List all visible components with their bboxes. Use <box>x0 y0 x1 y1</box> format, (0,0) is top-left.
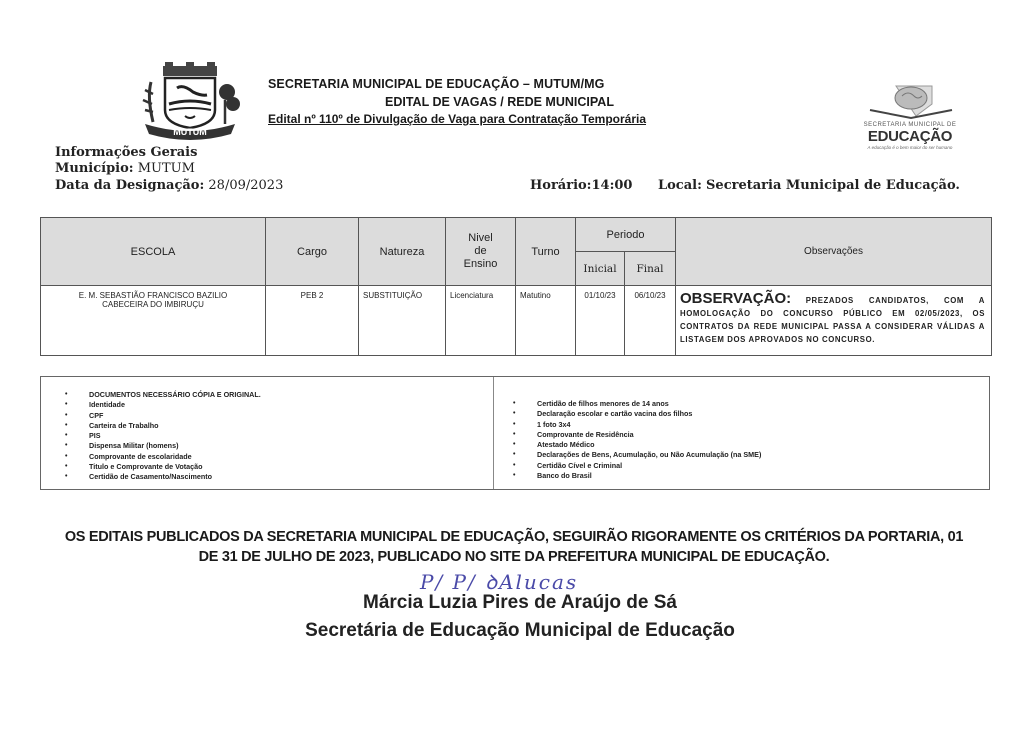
info-horario: Horário:14:00 <box>530 178 632 193</box>
info-data-designacao: Data da Designação: 28/09/2023 <box>55 178 283 193</box>
horario-label: Horário: <box>530 178 591 193</box>
signer-role: Secretária de Educação Municipal de Educ… <box>270 620 770 642</box>
info-section-title-text: Informações Gerais <box>55 145 197 160</box>
col-header-final: Final <box>625 252 676 286</box>
cell-cargo: PEB 2 <box>266 286 359 356</box>
local-value: Secretaria Municipal de Educação. <box>706 178 960 193</box>
cell-final: 06/10/23 <box>625 286 676 356</box>
document-list-item: Declarações de Bens, Acumulação, ou Não … <box>511 450 761 460</box>
document-list-item: 1 foto 3x4 <box>511 420 761 430</box>
logo-tagline: A educação é o bem maior do ser humano <box>856 145 964 150</box>
vacancy-table: ESCOLA Cargo Natureza Nivel de Ensino Tu… <box>40 217 992 356</box>
info-local: Local: Secretaria Municipal de Educação. <box>658 178 960 193</box>
publication-notice: OS EDITAIS PUBLICADOS DA SECRETARIA MUNI… <box>40 527 988 567</box>
documents-list-left: DOCUMENTOS NECESSÁRIO CÓPIA E ORIGINAL.I… <box>63 390 261 483</box>
education-department-logo: SECRETARIA MUNICIPAL DE EDUCAÇÃO A educa… <box>856 82 966 152</box>
col-header-nivel-ensino: Nivel de Ensino <box>446 218 516 286</box>
col-header-natureza: Natureza <box>359 218 446 286</box>
info-section-title: Informações Gerais <box>55 145 197 160</box>
document-list-item: Certidão Cível e Criminal <box>511 461 761 471</box>
cell-nivel: Licenciatura <box>446 286 516 356</box>
document-list-item: Declaração escolar e cartão vacina dos f… <box>511 409 761 419</box>
col-header-observacoes: Observações <box>676 218 992 286</box>
table-row: E. M. SEBASTIÃO FRANCISCO BAZILIO CABECE… <box>41 286 992 356</box>
cell-escola: E. M. SEBASTIÃO FRANCISCO BAZILIO CABECE… <box>41 286 266 356</box>
nivel-line-3: Ensino <box>464 258 498 270</box>
required-documents-box: DOCUMENTOS NECESSÁRIO CÓPIA E ORIGINAL.I… <box>40 376 990 490</box>
document-list-item: Comprovante de escolaridade <box>63 452 261 462</box>
escola-line-1: E. M. SEBASTIÃO FRANCISCO BAZILIO <box>41 291 265 300</box>
documents-list-right: Certidão de filhos menores de 14 anosDec… <box>511 399 761 481</box>
notice-line-1: OS EDITAIS PUBLICADOS DA SECRETARIA MUNI… <box>40 527 988 547</box>
handwritten-signature: P/ P/ ꝺAlucas <box>420 568 578 595</box>
header-edital-subtitle: Edital nº 110º de Divulgação de Vaga par… <box>268 112 646 126</box>
document-list-item: CPF <box>63 411 261 421</box>
header-secretaria-title: SECRETARIA MUNICIPAL DE EDUCAÇÃO – MUTUM… <box>268 77 604 91</box>
col-header-inicial: Inicial <box>576 252 625 286</box>
cell-natureza: SUBSTITUIÇÃO <box>359 286 446 356</box>
municipio-value: MUTUM <box>138 161 195 176</box>
document-list-item: Titulo e Comprovante de Votação <box>63 462 261 472</box>
nivel-line-1: Nivel <box>468 232 492 244</box>
municipal-crest-logo: MUTUM <box>135 62 245 142</box>
cell-inicial: 01/10/23 <box>576 286 625 356</box>
col-header-cargo: Cargo <box>266 218 359 286</box>
data-label: Data da Designação: <box>55 178 204 193</box>
data-value: 28/09/2023 <box>208 178 283 193</box>
municipio-label: Município: <box>55 161 134 176</box>
svg-text:MUTUM: MUTUM <box>173 127 207 137</box>
escola-line-2: CABECEIRA DO IMBIRUÇU <box>41 300 265 309</box>
header-edital-title: EDITAL DE VAGAS / REDE MUNICIPAL <box>385 95 614 109</box>
document-list-item: Banco do Brasil <box>511 471 761 481</box>
document-list-item: Carteira de Trabalho <box>63 421 261 431</box>
document-list-item: Comprovante de Residência <box>511 430 761 440</box>
cell-turno: Matutino <box>516 286 576 356</box>
horario-value: 14:00 <box>591 178 632 193</box>
info-municipio: Município: MUTUM <box>55 161 195 176</box>
col-header-escola: ESCOLA <box>41 218 266 286</box>
document-list-item: Identidade <box>63 400 261 410</box>
col-header-turno: Turno <box>516 218 576 286</box>
document-list-item: Certidão de filhos menores de 14 anos <box>511 399 761 409</box>
document-list-item: Atestado Médico <box>511 440 761 450</box>
col-header-periodo: Periodo <box>576 218 676 252</box>
document-list-item: DOCUMENTOS NECESSÁRIO CÓPIA E ORIGINAL. <box>63 390 261 400</box>
documents-divider <box>493 377 494 489</box>
document-list-item: PIS <box>63 431 261 441</box>
observacao-title: OBSERVAÇÃO: <box>680 290 791 307</box>
document-list-item: Dispensa Militar (homens) <box>63 441 261 451</box>
document-list-item: Certidão de Casamento/Nascimento <box>63 472 261 482</box>
cell-observacao: OBSERVAÇÃO: PREZADOS CANDIDATOS, COM A H… <box>676 286 992 356</box>
signer-name: Márcia Luzia Pires de Araújo de Sá <box>290 592 750 614</box>
notice-line-2: DE 31 DE JULHO DE 2023, PUBLICADO NO SIT… <box>40 547 988 567</box>
local-label: Local: <box>658 178 702 193</box>
logo-big-text: EDUCAÇÃO <box>856 128 964 145</box>
crest-icon: MUTUM <box>135 62 245 142</box>
nivel-line-2: de <box>474 245 486 257</box>
book-brain-icon <box>856 82 966 124</box>
